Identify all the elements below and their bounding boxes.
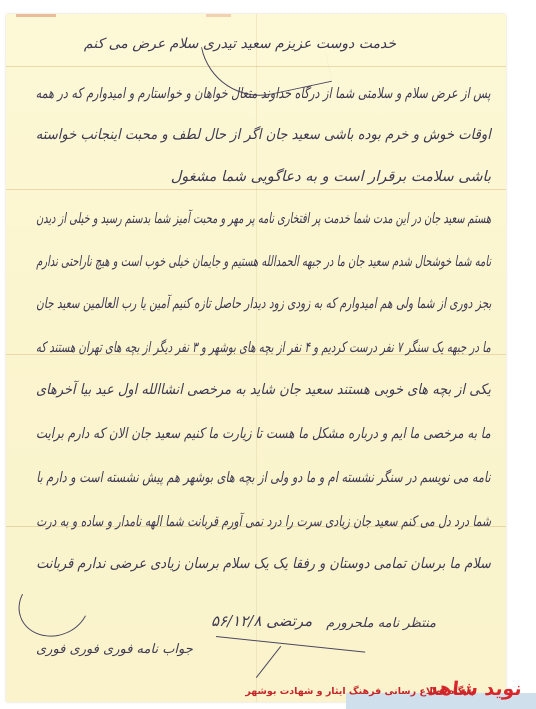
letter-paper: خدمت دوست عزیزم سعید تیدری سلام عرض می ک…	[6, 14, 506, 702]
watermark-caption: پایگاه اطلاع رسانی فرهنگ ایثار و شهادت ب…	[245, 686, 474, 697]
watermark: نوید شاهد پایگاه اطلاع رسانی فرهنگ ایثار…	[336, 669, 536, 709]
postscript: جواب نامه فوری فوری فوری	[36, 642, 193, 657]
signature-date: ۵۶/۱۲/۸ مرتضی	[211, 612, 312, 630]
closing-line: منتظر نامه ملحرورم	[326, 616, 436, 631]
